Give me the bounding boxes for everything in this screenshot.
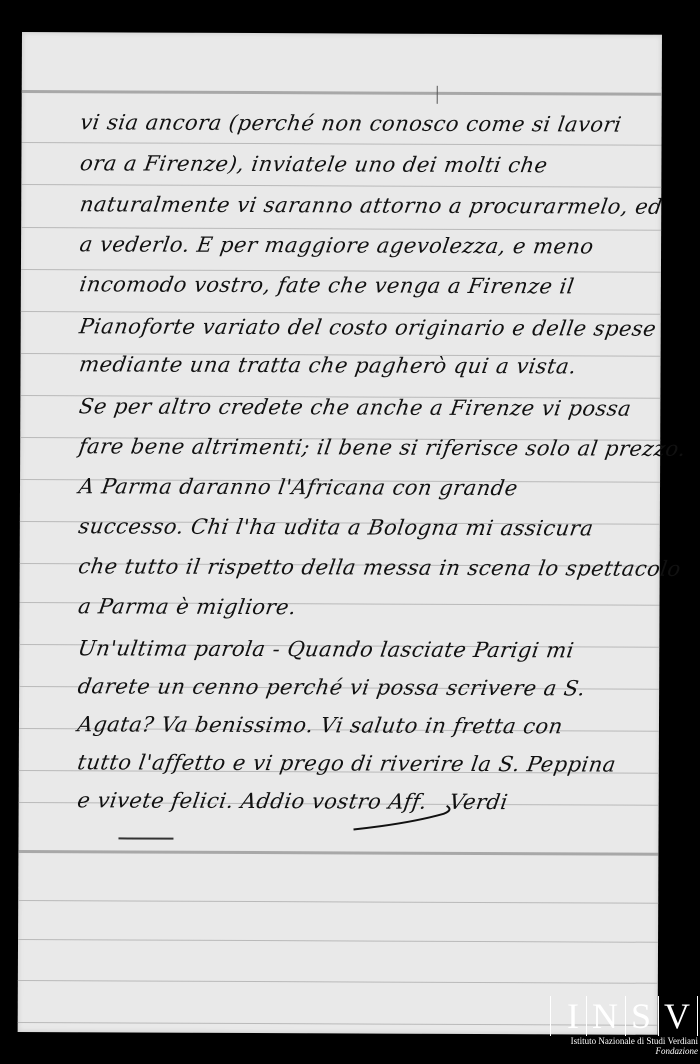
handwritten-line: incomodo vostro, fate che venga a Firenz… <box>76 272 645 310</box>
handwritten-line: darete un cenno perché vi possa scrivere… <box>75 674 644 712</box>
ink-underline <box>118 837 173 839</box>
ruled-line <box>18 850 658 856</box>
watermark-subtitle: Fondazione <box>550 1046 698 1056</box>
signature-flourish-icon <box>349 803 459 833</box>
ruled-line <box>18 939 658 943</box>
handwritten-line: Pianoforte variato del costo originario … <box>76 314 645 352</box>
handwritten-line: fare bene altrimenti; il bene si riferis… <box>76 434 645 472</box>
ink-mark <box>437 86 438 104</box>
handwritten-line: Un'ultima parola - Quando lasciate Parig… <box>75 636 644 674</box>
handwritten-line: che tutto il rispetto della messa in sce… <box>75 554 644 592</box>
watermark-logo: I N S V <box>550 996 698 1036</box>
institution-watermark: I N S V Istituto Nazionale di Studi Verd… <box>550 996 698 1056</box>
handwritten-line: Agata? Va benissimo. Vi saluto in fretta… <box>74 712 643 750</box>
watermark-institution: Istituto Nazionale di Studi Verdiani <box>550 1036 698 1046</box>
ruled-line <box>22 90 662 96</box>
ruled-line <box>18 900 658 904</box>
handwritten-line: successo. Chi l'ha udita a Bologna mi as… <box>75 514 644 552</box>
handwritten-line: Se per altro credete che anche a Firenze… <box>76 394 645 432</box>
letter-page: vi sia ancora (perché non conosco come s… <box>18 32 662 1035</box>
handwritten-line: vi sia ancora (perché non conosco come s… <box>77 110 646 148</box>
handwritten-line: ora a Firenze), inviatele uno dei molti … <box>77 151 646 189</box>
handwritten-line: mediante una tratta che pagherò qui a vi… <box>76 352 645 390</box>
handwritten-line: naturalmente vi saranno attorno a procur… <box>77 192 646 230</box>
handwritten-line: A Parma daranno l'Africana con grande <box>75 474 644 512</box>
handwritten-line: a vederlo. E per maggiore agevolezza, e … <box>76 232 645 270</box>
handwritten-line: tutto l'affetto e vi prego di riverire l… <box>74 750 643 788</box>
ruled-line <box>18 980 658 984</box>
handwritten-line: a Parma è migliore. <box>75 594 644 632</box>
